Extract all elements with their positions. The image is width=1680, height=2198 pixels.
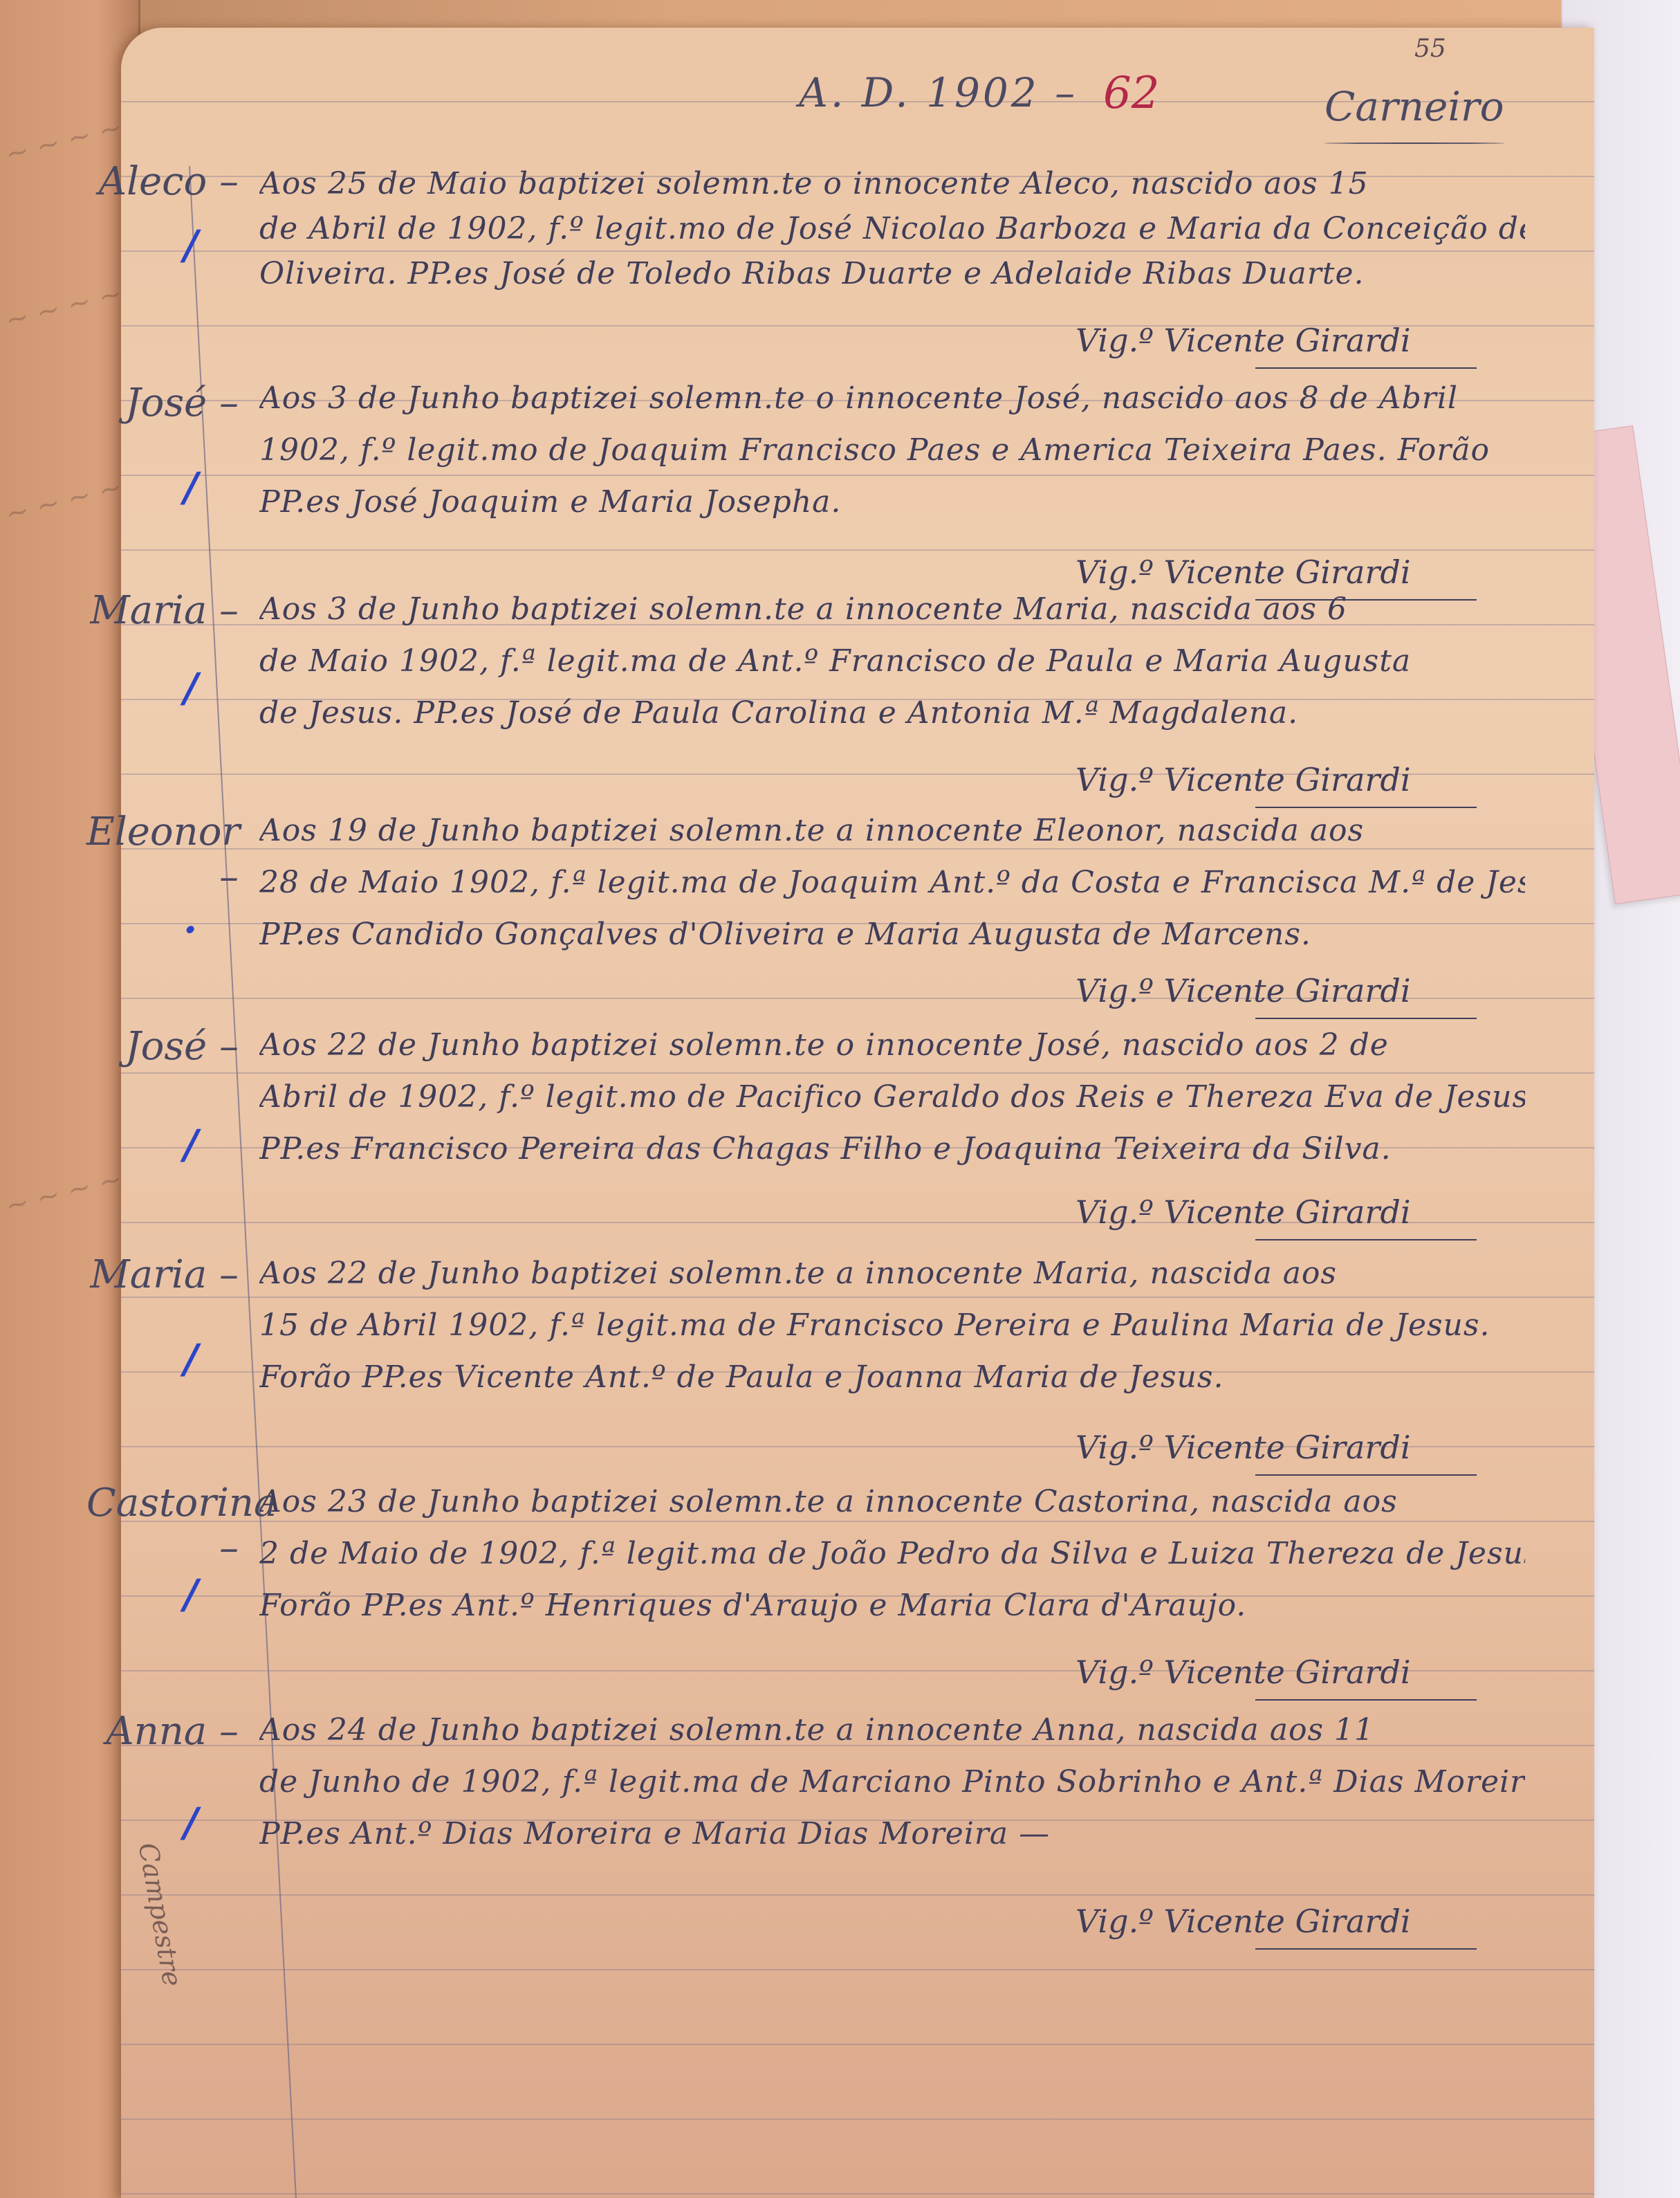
- entry-line: Aos 23 de Junho baptizei solemn.te a inn…: [259, 1484, 1525, 1519]
- entry-name: Eleonor –: [86, 809, 239, 899]
- check-mark-icon: /: [183, 464, 198, 511]
- entry-line: 28 de Maio 1902, f.ª legit.ma de Joaquim…: [259, 865, 1525, 900]
- signature: Vig.º Vicente Girardi: [1076, 1193, 1560, 1231]
- header-right-heading: Carneiro: [1324, 83, 1504, 130]
- check-mark-icon: /: [183, 1335, 198, 1382]
- entry-line: 2 de Maio de 1902, f.ª legit.ma de João …: [259, 1536, 1525, 1571]
- entry-line: PP.es Candido Gonçalves d'Oliveira e Mar…: [259, 917, 1525, 952]
- entry-line: Aos 22 de Junho baptizei solemn.te a inn…: [259, 1256, 1525, 1291]
- check-mark-icon: /: [183, 1799, 198, 1846]
- header-year: A. D. 1902 –: [799, 69, 1078, 116]
- entry-line: Aos 3 de Junho baptizei solemn.te a inno…: [259, 592, 1525, 627]
- entry-line: Forão PP.es Ant.º Henriques d'Araujo e M…: [259, 1588, 1525, 1623]
- entry-line: 15 de Abril 1902, f.ª legit.ma de Franci…: [259, 1308, 1525, 1343]
- entry-name: José –: [86, 381, 239, 425]
- check-mark-icon: /: [183, 221, 198, 268]
- left-facing-page: ~ ~ ~ ~ ~ ~ ~ ~ ~ ~ ~ ~ ~ ~ ~ ~: [0, 0, 140, 2198]
- entry-name: Maria –: [86, 1252, 239, 1297]
- entry-line: Abril de 1902, f.º legit.mo de Pacifico …: [259, 1079, 1525, 1115]
- entry-line: de Junho de 1902, f.ª legit.ma de Marcia…: [259, 1764, 1525, 1799]
- entry-line: de Abril de 1902, f.º legit.mo de José N…: [259, 211, 1525, 246]
- signature: Vig.º Vicente Girardi: [1076, 761, 1560, 798]
- entry-line: PP.es José Joaquim e Maria Josepha.: [259, 484, 1525, 520]
- register-page: A. D. 1902 – 62 Carneiro 55 Aleco – / Ao…: [121, 28, 1594, 2198]
- entry-line: Aos 22 de Junho baptizei solemn.te o inn…: [259, 1027, 1525, 1063]
- check-mark-icon: /: [183, 664, 198, 711]
- faded-text: ~ ~ ~ ~: [2, 470, 131, 531]
- faded-text: ~ ~ ~ ~: [2, 1162, 131, 1222]
- entry-line: 1902, f.º legit.mo de Joaquim Francisco …: [259, 432, 1525, 468]
- entry-name: José –: [86, 1024, 239, 1069]
- entry-line: PP.es Francisco Pereira das Chagas Filho…: [259, 1131, 1525, 1166]
- entry-line: PP.es Ant.º Dias Moreira e Maria Dias Mo…: [259, 1816, 1525, 1851]
- entry-line: de Jesus. PP.es José de Paula Carolina e…: [259, 695, 1525, 731]
- signature: Vig.º Vicente Girardi: [1076, 322, 1560, 359]
- entry-line: Aos 24 de Junho baptizei solemn.te a inn…: [259, 1712, 1525, 1748]
- header-entry-number: 62: [1103, 68, 1159, 119]
- entry-name: Aleco –: [86, 159, 239, 204]
- page-header: A. D. 1902 – 62 Carneiro 55: [121, 55, 1594, 152]
- entry-line: Aos 25 de Maio baptizei solemn.te o inno…: [259, 166, 1525, 201]
- entry-line: de Maio 1902, f.ª legit.ma de Ant.º Fran…: [259, 643, 1525, 679]
- faded-text: ~ ~ ~ ~: [2, 276, 131, 337]
- entry-line: Aos 3 de Junho baptizei solemn.te o inno…: [259, 381, 1525, 416]
- entry-name: Anna –: [86, 1709, 239, 1754]
- signature: Vig.º Vicente Girardi: [1076, 553, 1560, 591]
- entry-line: Forão PP.es Vicente Ant.º de Paula e Joa…: [259, 1359, 1525, 1395]
- page-number: 55: [1414, 35, 1446, 63]
- entry-line: Oliveira. PP.es José de Toledo Ribas Dua…: [259, 256, 1525, 291]
- entry-name: Maria –: [86, 588, 239, 633]
- check-mark-icon: /: [183, 1570, 198, 1618]
- check-mark-icon: /: [183, 1121, 198, 1168]
- entry-name: Castorina –: [86, 1481, 239, 1570]
- signature: Vig.º Vicente Girardi: [1076, 1654, 1560, 1691]
- signature: Vig.º Vicente Girardi: [1076, 972, 1560, 1009]
- signature: Vig.º Vicente Girardi: [1076, 1429, 1560, 1466]
- check-mark-icon: ·: [183, 906, 197, 953]
- signature: Vig.º Vicente Girardi: [1076, 1903, 1560, 1940]
- entry-line: Aos 19 de Junho baptizei solemn.te a inn…: [259, 813, 1525, 848]
